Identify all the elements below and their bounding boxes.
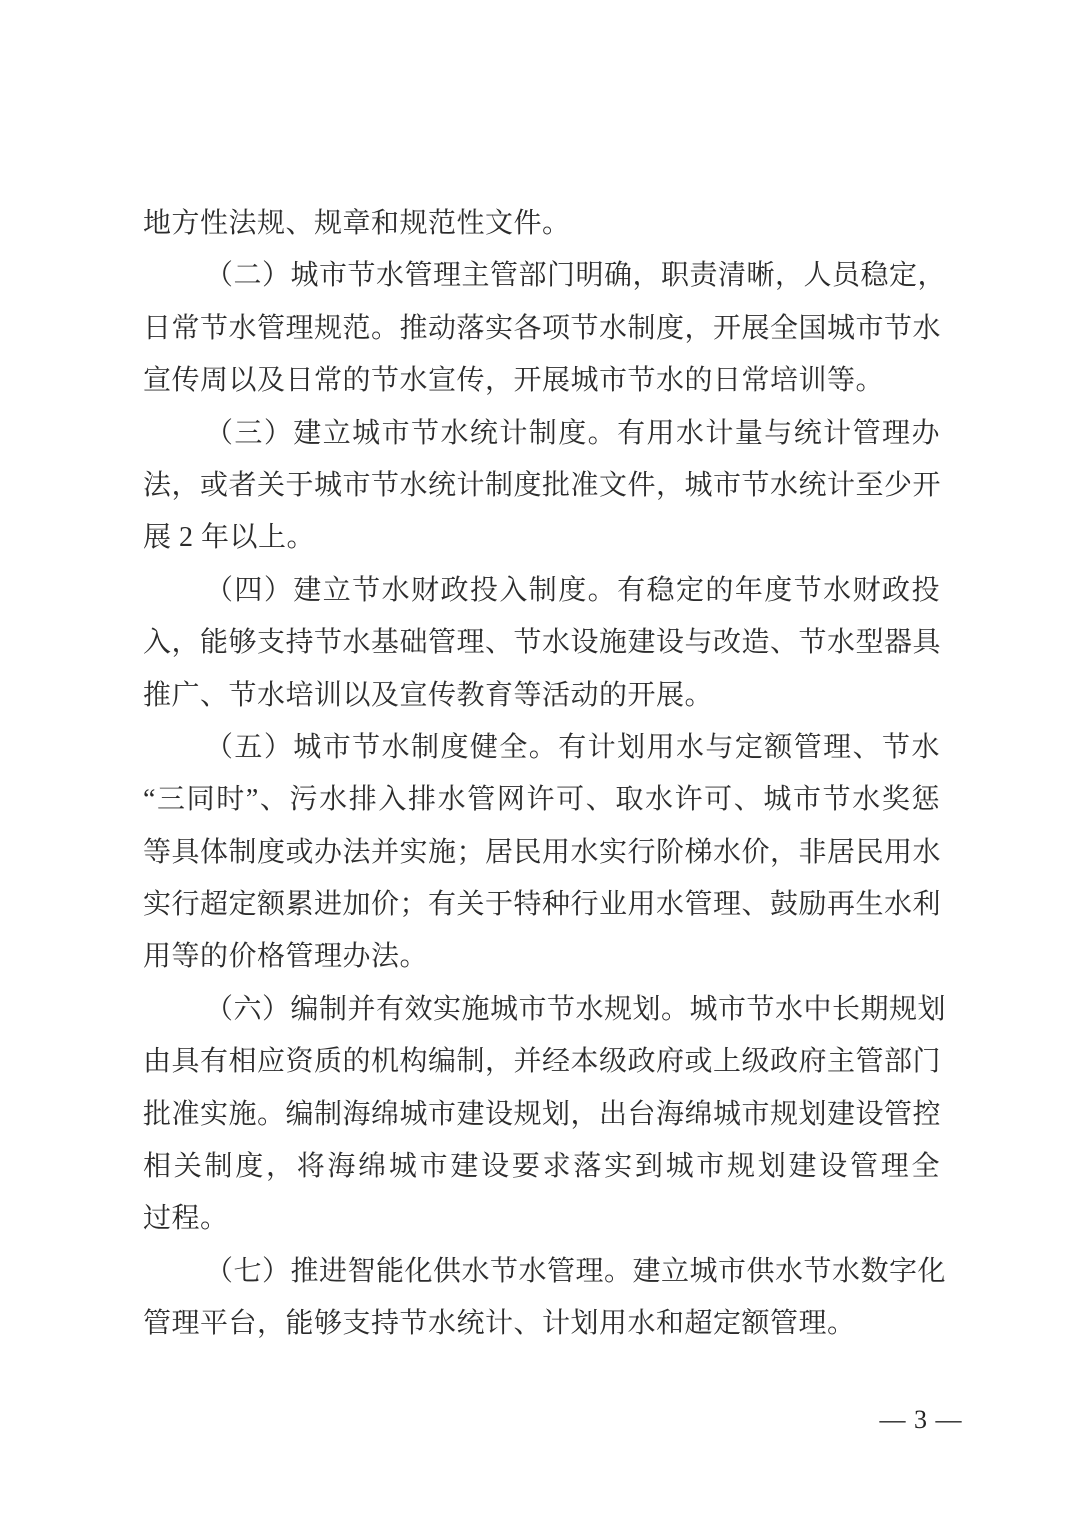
text-line: （二）城市节水管理主管部门明确，职责清晰，人员稳定， xyxy=(143,250,940,302)
document-body: 地方性法规、规章和规范性文件。 （二）城市节水管理主管部门明确，职责清晰，人员稳… xyxy=(143,198,940,1351)
page-number: — 3 — xyxy=(866,1405,976,1435)
text-line: 管理平台，能够支持节水统计、计划用水和超定额管理。 xyxy=(143,1298,940,1350)
text-line: 地方性法规、规章和规范性文件。 xyxy=(143,198,940,250)
text-line: 由具有相应资质的机构编制，并经本级政府或上级政府主管部门 xyxy=(143,1036,940,1088)
text-line: （四）建立节水财政投入制度。有稳定的年度节水财政投 xyxy=(143,565,940,617)
text-line: 入，能够支持节水基础管理、节水设施建设与改造、节水型器具 xyxy=(143,617,940,669)
text-line: 批准实施。编制海绵城市建设规划，出台海绵城市规划建设管控 xyxy=(143,1089,940,1141)
document-page: 地方性法规、规章和规范性文件。 （二）城市节水管理主管部门明确，职责清晰，人员稳… xyxy=(0,0,1080,1527)
text-line: 实行超定额累进加价；有关于特种行业用水管理、鼓励再生水利 xyxy=(143,879,940,931)
text-line: 过程。 xyxy=(143,1193,940,1245)
text-line: 日常节水管理规范。推动落实各项节水制度，开展全国城市节水 xyxy=(143,303,940,355)
text-line: 推广、节水培训以及宣传教育等活动的开展。 xyxy=(143,670,940,722)
text-line: 宣传周以及日常的节水宣传，开展城市节水的日常培训等。 xyxy=(143,355,940,407)
text-line: （五）城市节水制度健全。有计划用水与定额管理、节水 xyxy=(143,722,940,774)
text-line: 等具体制度或办法并实施；居民用水实行阶梯水价，非居民用水 xyxy=(143,827,940,879)
text-line: （七）推进智能化供水节水管理。建立城市供水节水数字化 xyxy=(143,1246,940,1298)
text-line: （六）编制并有效实施城市节水规划。城市节水中长期规划 xyxy=(143,984,940,1036)
text-line: 相关制度，将海绵城市建设要求落实到城市规划建设管理全 xyxy=(143,1141,940,1193)
text-line: 用等的价格管理办法。 xyxy=(143,931,940,983)
text-line: （三）建立城市节水统计制度。有用水计量与统计管理办 xyxy=(143,408,940,460)
text-line: 法，或者关于城市节水统计制度批准文件，城市节水统计至少开 xyxy=(143,460,940,512)
text-line: “三同时”、污水排入排水管网许可、取水许可、城市节水奖惩 xyxy=(143,774,940,826)
text-line: 展 2 年以上。 xyxy=(143,512,940,564)
